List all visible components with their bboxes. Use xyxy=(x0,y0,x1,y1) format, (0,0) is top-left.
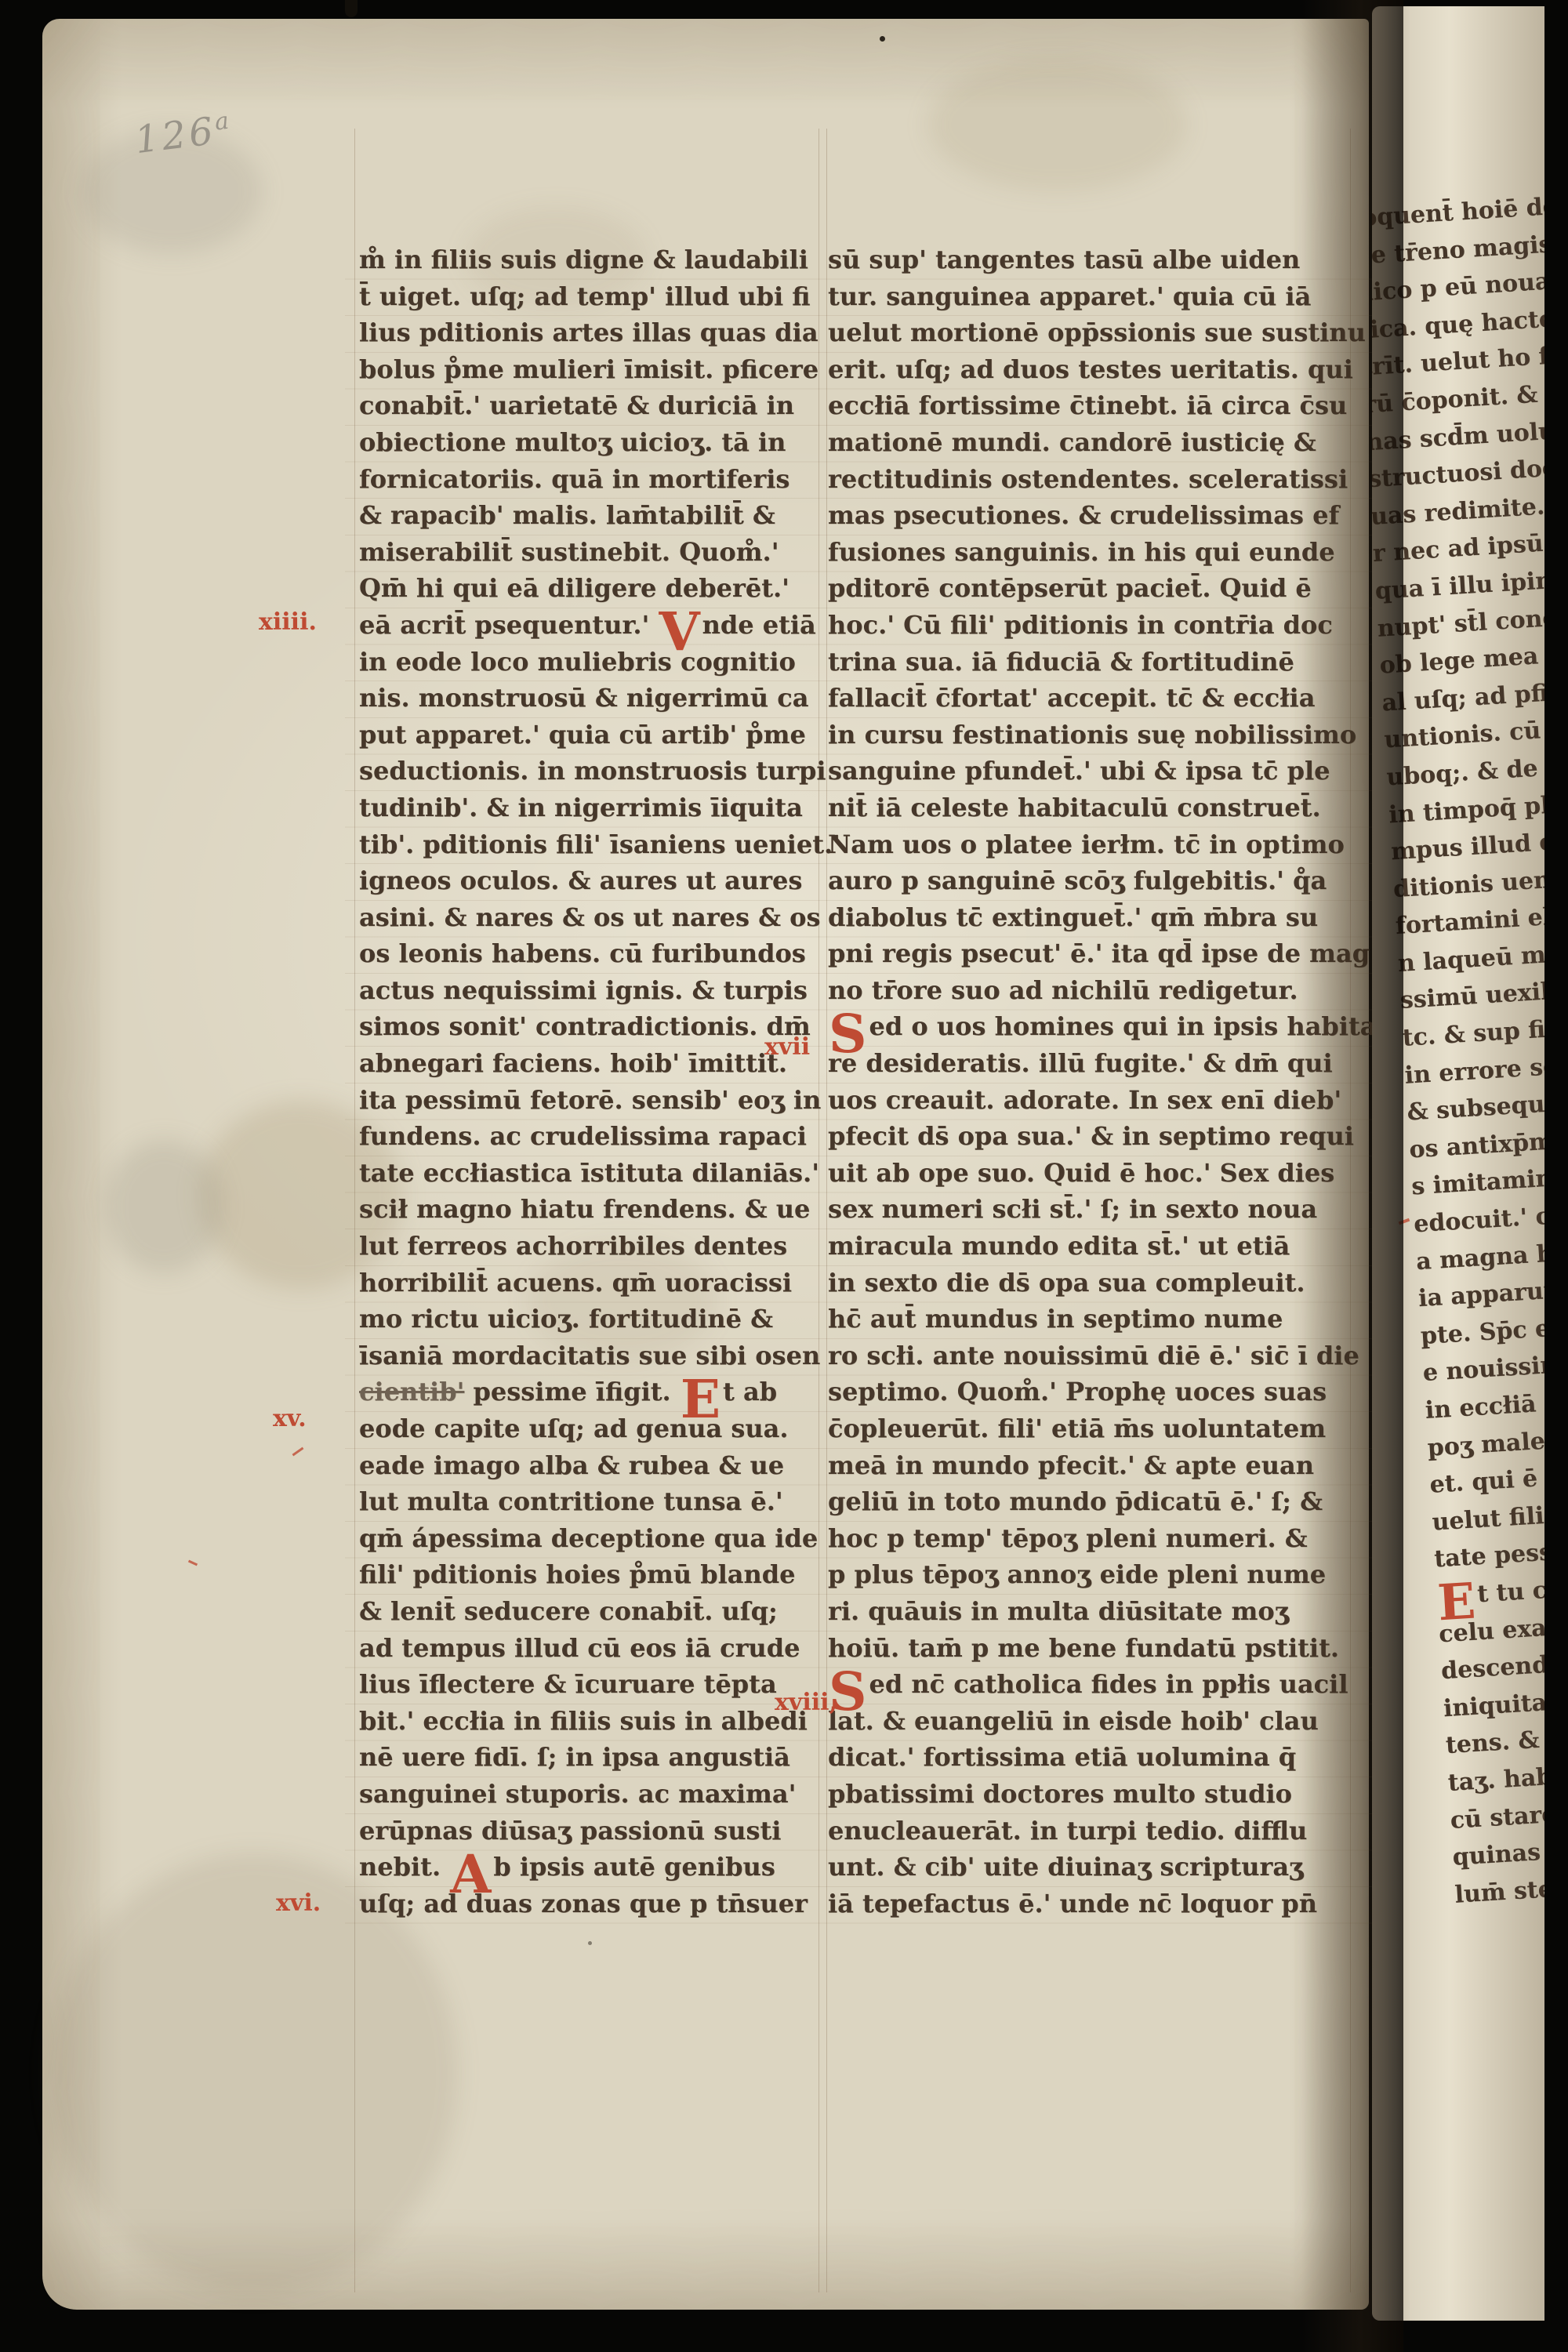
text-line: pni regis psecut' ē.' ita qd̄ ipse de ma… xyxy=(828,935,1355,972)
marginal-numeral-xv: xv. xyxy=(273,1405,307,1432)
manuscript-page-left: 126a m̊ in filiis suis digne & laudabili… xyxy=(42,19,1369,2310)
text-line: rectitudinis ostendentes. sceleratissi xyxy=(828,461,1355,498)
text-line: sanguinei stuporis. ac maxima' xyxy=(359,1776,826,1813)
text-line: Qm̄ hi qui eā diligere deberēt.' xyxy=(359,570,826,607)
text-line: lut ferreos achorribiles dentes xyxy=(359,1228,826,1265)
folio-number-suffix: a xyxy=(213,107,230,136)
ink-speck xyxy=(880,36,885,42)
text-line: p plus tēpoʒ annoʒ eide pleni nume xyxy=(828,1556,1355,1593)
marginal-numeral-xvii: xvii xyxy=(764,1033,810,1061)
text-line: Nam uos o platee ierłm. tc̄ in optimo xyxy=(828,826,1355,863)
text-line: igneos oculos. & aures ut aures xyxy=(359,862,826,899)
text-line: meā in mundo pfecit.' & apte euan xyxy=(828,1447,1355,1484)
text-line: seductionis. in monstruosis turpi xyxy=(359,753,826,789)
text-line: nis. monstruosū & nigerrimū ca xyxy=(359,680,826,717)
text-line: tudinib'. & in nigerrimis īiquita xyxy=(359,789,826,826)
text-line: sex numeri scłi st̄.' ſ; in sexto noua xyxy=(828,1191,1355,1228)
ink-speck xyxy=(588,1941,592,1945)
text-line: ri. quāuis in multa diūsitate moʒ xyxy=(828,1593,1355,1630)
text-line: re desideratis. illū fugite.' & dm̄ qui xyxy=(828,1045,1355,1082)
text-line: in eode loco muliebris cognitio xyxy=(359,644,826,681)
marginal-numeral-xiiii: xiiii. xyxy=(259,608,317,636)
parchment-stain xyxy=(928,58,1187,191)
text-column-right: sū sup' tangentes tasū albe uidentur. sa… xyxy=(828,241,1355,1922)
text-line: pditorē contēpserūt paciet̄. Quid ē xyxy=(828,570,1355,607)
text-line: simos sonit' contradictionis. dm̄ xyxy=(359,1008,826,1045)
struck-word: cientib' xyxy=(359,1377,464,1406)
text-line: hc̄ aut̄ mundus in septimo nume xyxy=(828,1301,1355,1338)
text-line: in cursu festinationis suę nobilissimo xyxy=(828,717,1355,753)
text-line: horribilit̄ acuens. qm̄ uoracissi xyxy=(359,1265,826,1301)
text-line: fusiones sanguinis. in his qui eunde xyxy=(828,534,1355,571)
text-line: & lenit̄ seducere conabit̄. uſq; xyxy=(359,1593,826,1630)
text-line: ad tempus illud cū eos iā crude xyxy=(359,1630,826,1667)
text-line: bolus p̊me mulieri īmisit. pficere xyxy=(359,351,826,388)
text-line: eccłiā fortissime c̄tinebt. iā circa c̄s… xyxy=(828,387,1355,424)
text-line: Sed nc̄ catholica fides in ppłis uacil xyxy=(828,1666,1355,1703)
red-mark xyxy=(292,1447,304,1457)
text-line: tur. sanguinea apparet.' quia cū iā xyxy=(828,278,1355,315)
text-line: in sexto die ds̄ opa sua compleuit. xyxy=(828,1265,1355,1301)
text-line: mo rictu uicioʒ. fortitudinē & xyxy=(359,1301,826,1338)
text-line: uit ab ope suo. Quid ē hoc.' Sex dies xyxy=(828,1155,1355,1192)
text-line: pbatissimi doctores multo studio xyxy=(828,1776,1355,1813)
text-line: uos creauit. adorate. In sex enī dieb' xyxy=(828,1082,1355,1119)
text-line: bit.' eccłia in filiis suis in albedi xyxy=(359,1703,826,1740)
text-line: unt. & cib' uite diuinaʒ scripturaʒ xyxy=(828,1849,1355,1886)
text-line: nē uere fidī. ſ; in ipsa angustiā xyxy=(359,1739,826,1776)
text-line: actus nequissimi ignis. & turpis xyxy=(359,972,826,1009)
text-line: sanguine pfundet̄.' ubi & ipsa tc̄ ple xyxy=(828,753,1355,789)
text-line: tate eccłiastica īstituta dilaniās.' xyxy=(359,1155,826,1192)
text-line: lius īflectere & īcuruare tēpta xyxy=(359,1666,826,1703)
text-line: eode capite uſq; ad genua sua. xyxy=(359,1410,826,1447)
text-line: geliū in toto mundo p̄dicatū ē.' ſ; & xyxy=(828,1483,1355,1520)
vertical-ruling xyxy=(354,129,355,2292)
text-line: Sed o uos homines qui in ipsis habita xyxy=(828,1008,1355,1045)
marginal-numeral-xviii: xviii, xyxy=(775,1689,837,1716)
text-line: pfecit ds̄ opa sua.' & in septimo requi xyxy=(828,1118,1355,1155)
text-line: tib'. pditionis fili' īsaniens ueniet.' xyxy=(359,826,826,863)
text-line: miracula mundo edita st̄.' ut etiā xyxy=(828,1228,1355,1265)
text-line: trina sua. iā fiduciā & fortitudinē xyxy=(828,644,1355,681)
text-line: ita pessimū fetorē. sensib' eoʒ in xyxy=(359,1082,826,1119)
text-line: cientib' pessime īfigit. Et ab xyxy=(359,1374,826,1410)
text-line: & rapacib' malis. lam̄tabilit̄ & xyxy=(359,497,826,534)
text-line: obiectione multoʒ uicioʒ. tā in xyxy=(359,424,826,461)
text-line: diabolus tc̄ extinguet̄.' qm̄ m̄bra su xyxy=(828,899,1355,936)
text-line: lut multa contritione tunsa ē.' xyxy=(359,1483,826,1520)
text-line: fili' pditionis hoies p̊mū blande xyxy=(359,1556,826,1593)
text-line: lius pditionis artes illas quas dia xyxy=(359,314,826,351)
text-line: eā acrit̄ psequentur.' Vnde etiā xyxy=(359,607,826,644)
binding-gutter-shadow xyxy=(1301,0,1403,2352)
text-line: mas psecutiones. & crudelissimas ef xyxy=(828,497,1355,534)
text-line: put apparet.' quia cū artib' p̊me xyxy=(359,717,826,753)
text-line: qm̄ ápessima deceptione qua ide xyxy=(359,1520,826,1557)
text-line: uſq; ad duas zonas que p tn̄suer xyxy=(359,1886,826,1922)
marginal-numeral-xvi: xvi. xyxy=(276,1889,321,1917)
text-line: fundens. ac crudelissima rapaci xyxy=(359,1118,826,1155)
text-line: c̄opleuerūt. fili' etiā m̄s uoluntatem xyxy=(828,1410,1355,1447)
text-line: erūpnas diūsaʒ passionū susti xyxy=(359,1813,826,1849)
text-column-left: m̊ in filiis suis digne & laudabilit̄ ui… xyxy=(359,241,826,1922)
text-line: scił magno hiatu frendens. & ue xyxy=(359,1191,826,1228)
text-line: hoiū. tam̄ p me bene fundatū pstitit. xyxy=(828,1630,1355,1667)
text-line: no tr̄ore suo ad nichilū redigetur. xyxy=(828,972,1355,1009)
text-line: dicat.' fortissima etiā uolumina q̄ xyxy=(828,1739,1355,1776)
text-line: enucleauerāt. in turpi tedio. difflu xyxy=(828,1813,1355,1849)
text-line: īsaniā mordacitatis sue sibi osen xyxy=(359,1338,826,1374)
text-line: os leonis habens. cū furibundos xyxy=(359,935,826,972)
text-line: uelut mortionē opp̄ssionis sue sustinu xyxy=(828,314,1355,351)
text-line: fallacit̄ c̄fortat' accepit. tc̄ & eccłi… xyxy=(828,680,1355,717)
text-line: fornicatoriis. quā in mortiferis xyxy=(359,461,826,498)
text-line: abnegari faciens. hoib' īmittit. xyxy=(359,1045,826,1082)
text-line: eade imago alba & rubea & ue xyxy=(359,1447,826,1484)
text-line: erit. uſq; ad duos testes ueritatis. qui xyxy=(828,351,1355,388)
text-line: nebit. Ab ipsis autē genibus xyxy=(359,1849,826,1886)
text-line: t̄ uiget. uſq; ad temp' illud ubi fi xyxy=(359,278,826,315)
edge-notch xyxy=(345,0,358,17)
parchment-stain xyxy=(105,1140,223,1273)
text-line: nit̄ iā celeste habitaculū construet̄. xyxy=(828,789,1355,826)
text-line: lat. & euangeliū in eisde hoib' clau xyxy=(828,1703,1355,1740)
text-line: hoc p temp' tēpoʒ pleni numeri. & xyxy=(828,1520,1355,1557)
text-line: ro scłi. ante nouissimū diē ē.' sic̄ ī d… xyxy=(828,1338,1355,1374)
text-line: sū sup' tangentes tasū albe uiden xyxy=(828,241,1355,278)
text-line: asini. & nares & os ut nares & os xyxy=(359,899,826,936)
text-line: conabit̄.' uarietatē & duriciā in xyxy=(359,387,826,424)
text-line: m̊ in filiis suis digne & laudabili xyxy=(359,241,826,278)
text-line: auro p sanguinē scōʒ fulgebitis.' q̊a xyxy=(828,862,1355,899)
manuscript-photo: 126a m̊ in filiis suis digne & laudabili… xyxy=(0,0,1568,2352)
text-line: hoc.' Cū fili' pditionis in contr̄ia doc xyxy=(828,607,1355,644)
text-line: mationē mundi. candorē iusticię & xyxy=(828,424,1355,461)
red-mark xyxy=(188,1560,198,1566)
text-line: septimo. Quom̊.' Prophę uoces suas xyxy=(828,1374,1355,1410)
vertical-ruling xyxy=(826,129,827,2292)
text-line: iā tepefactus ē.' unde nc̄ loquor pn̄ xyxy=(828,1886,1355,1922)
text-line: miserabilit̄ sustinebit. Quom̊.' xyxy=(359,534,826,571)
